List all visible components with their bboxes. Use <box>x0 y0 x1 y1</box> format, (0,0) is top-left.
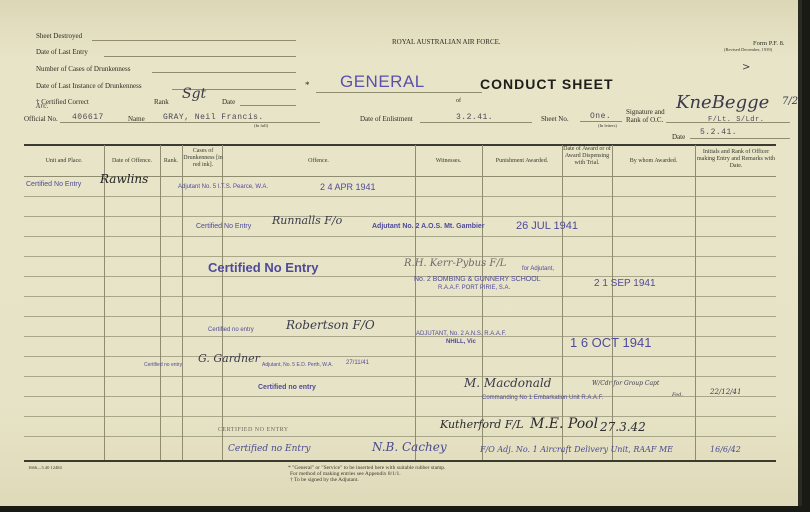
signature-annotation: 7/2 <box>782 96 798 107</box>
divider <box>666 122 790 123</box>
row-line <box>24 376 776 377</box>
entry-stamp: Certified no entry <box>258 384 316 391</box>
entry-for-adjutant: for Adjutant, <box>522 266 554 272</box>
form-number: Form P.F. 8. <box>753 40 784 47</box>
entry-date: 26 JUL 1941 <box>516 220 578 232</box>
divider <box>104 56 296 57</box>
entry-stamp: Certified no entry <box>144 362 182 368</box>
row-line <box>24 336 776 337</box>
official-no-label: Official No. <box>24 115 58 123</box>
column-line <box>562 145 563 460</box>
column-line <box>104 145 105 460</box>
entry-date: 2 4 APR 1941 <box>320 182 376 192</box>
row-line <box>24 396 776 397</box>
conduct-sheet-page: Sheet Destroyed Date of Last Entry Numbe… <box>0 0 802 506</box>
col-header-witnesses: Witnesses. <box>415 158 482 165</box>
column-line <box>482 145 483 460</box>
column-line <box>182 145 183 460</box>
row-line <box>24 356 776 357</box>
entry-rank: W/Cdr for Group Capt <box>592 380 659 387</box>
divider <box>60 122 320 123</box>
table-bottom-border <box>24 460 776 462</box>
divider <box>420 122 532 123</box>
col-header-initials: Initials and Rank of Officer making Entr… <box>697 149 775 170</box>
column-line <box>695 145 696 460</box>
entry-stamp: Certified no entry <box>208 327 254 333</box>
entry-unit: Commanding No 1 Embarkation Unit R.A.A.F… <box>482 395 603 401</box>
official-no-annotation: Arc. <box>36 103 48 110</box>
official-no-value: 406617 <box>72 113 104 122</box>
signature-label: Signature and <box>626 108 665 116</box>
name-value: GRAY, Neil Francis. <box>163 113 264 122</box>
col-header-punishment: Punishment Awarded. <box>482 158 562 165</box>
row-line <box>24 196 776 197</box>
row-line <box>24 436 776 437</box>
entry-annotation: Fed. <box>672 392 683 398</box>
entry-stamp: Certified No Entry <box>196 223 251 230</box>
entry-signature: M. Macdonald <box>464 376 551 390</box>
entry-unit: M.E. Pool <box>530 416 598 432</box>
row-line <box>24 216 776 217</box>
entry-stamp: Certified No Entry <box>208 260 319 275</box>
conduct-sheet-title: CONDUCT SHEET <box>480 76 614 92</box>
row-line <box>24 276 776 277</box>
entry-signature: G. Gardner <box>198 352 260 365</box>
asterisk-marker: * <box>305 80 310 90</box>
col-header-rank: Rank. <box>160 158 182 165</box>
general-stamp: GENERAL <box>340 72 425 92</box>
entry-stamp: Certified No Entry <box>26 181 81 188</box>
divider <box>92 40 296 41</box>
entry-date: 27.3.42 <box>600 420 646 434</box>
oc-signature: KneBegge <box>676 92 769 113</box>
name-hint: (In full) <box>254 123 268 128</box>
entry-stamp: CERTIFIED NO ENTRY <box>218 427 289 433</box>
col-header-offence: Offence. <box>222 158 415 165</box>
tick-mark: > <box>742 62 750 73</box>
divider <box>240 105 296 106</box>
entry-unit-line2: NHILL, Vic <box>446 339 476 345</box>
sheet-no-label: Sheet No. <box>541 115 569 123</box>
of-label: of <box>456 98 461 104</box>
divider <box>690 138 790 139</box>
entry-unit: Adjutant No. 5 I.T.S. Pearce, W.A. <box>178 184 268 190</box>
sheet-no-value: One. <box>590 112 611 121</box>
entry-signature: R.H. Kerr-Pybus F/L <box>404 258 506 269</box>
row-line <box>24 416 776 417</box>
entry-unit: ADJUTANT, No. 2 A.N.S. R.A.A.F. <box>416 331 506 337</box>
rank-value: Sgt <box>182 86 206 102</box>
column-line <box>612 145 613 460</box>
num-drunkenness-label: Number of Cases of Drunkenness <box>36 65 130 73</box>
date-label: Date <box>222 98 235 106</box>
col-header-date-offence: Date of Offence. <box>104 158 160 165</box>
date-last-entry-label: Date of Last Entry <box>36 48 88 56</box>
oc-date-label: Date <box>672 133 685 141</box>
entry-unit: Adjutant, No. 5 E.D. Perth, W.A. <box>262 362 333 368</box>
entry-unit-line2: R.A.A.F. PORT PIRIE, S.A. <box>438 285 510 291</box>
divider <box>580 121 622 122</box>
enlistment-value: 3.2.41. <box>456 113 493 122</box>
divider <box>152 72 296 73</box>
entry-signature: Robertson F/O <box>286 318 375 332</box>
entry-unit: F/O Adj. No. 1 Aircraft Delivery Unit, R… <box>480 445 673 454</box>
entry-date: 16/6/42 <box>710 445 741 454</box>
row-line <box>24 236 776 237</box>
entry-signature: Kutherford F/L <box>440 418 523 431</box>
col-header-date-award: Date of Award or of Award Dispensing wit… <box>563 146 611 167</box>
footnote-adjutant: † To be signed by the Adjutant. <box>290 477 359 484</box>
entry-stamp: Certified no Entry <box>228 444 310 454</box>
entry-signature: Runnalls F/o <box>272 214 342 227</box>
column-line <box>415 145 416 460</box>
print-code: 1666—5.40 12484 <box>28 465 62 470</box>
table-top-border <box>24 144 776 146</box>
row-line <box>24 296 776 297</box>
sheet-destroyed-label: Sheet Destroyed <box>36 32 82 40</box>
col-header-drunkenness: Cases of Drunkenness [in red ink]. <box>183 148 223 169</box>
org-name: ROYAL AUSTRALIAN AIR FORCE. <box>392 38 501 46</box>
entry-unit: No. 2 BOMBING & GUNNERY SCHOOL <box>414 276 541 283</box>
rank-label: Rank <box>154 98 169 106</box>
column-line <box>222 145 223 460</box>
row-line <box>24 316 776 317</box>
date-last-drunkenness-label: Date of Last Instance of Drunkenness <box>36 82 142 90</box>
entry-date: 27/11/41 <box>346 360 369 366</box>
row-line <box>24 256 776 257</box>
col-header-unit: Unit and Place. <box>24 158 104 165</box>
entry-date: 1 6 OCT 1941 <box>570 335 651 350</box>
enlistment-label: Date of Enlistment <box>360 115 413 123</box>
divider <box>316 92 482 93</box>
oc-date-value: 5.2.41. <box>700 128 737 137</box>
entry-signature: N.B. Cachey <box>372 440 447 454</box>
entry-signature: Rawlins <box>100 172 148 186</box>
col-header-by-whom: By whom Awarded. <box>612 158 695 165</box>
sheet-no-hint: (In letters) <box>598 123 617 128</box>
entry-date: 22/12/41 <box>710 388 741 396</box>
column-line <box>160 145 161 460</box>
entry-date: 2 1 SEP 1941 <box>594 278 656 289</box>
entry-unit: Adjutant No. 2 A.O.S. Mt. Gambier <box>372 223 485 230</box>
rank-oc-label: Rank of O.C. <box>626 116 663 124</box>
form-revised: (Revised December, 1939) <box>724 47 772 52</box>
